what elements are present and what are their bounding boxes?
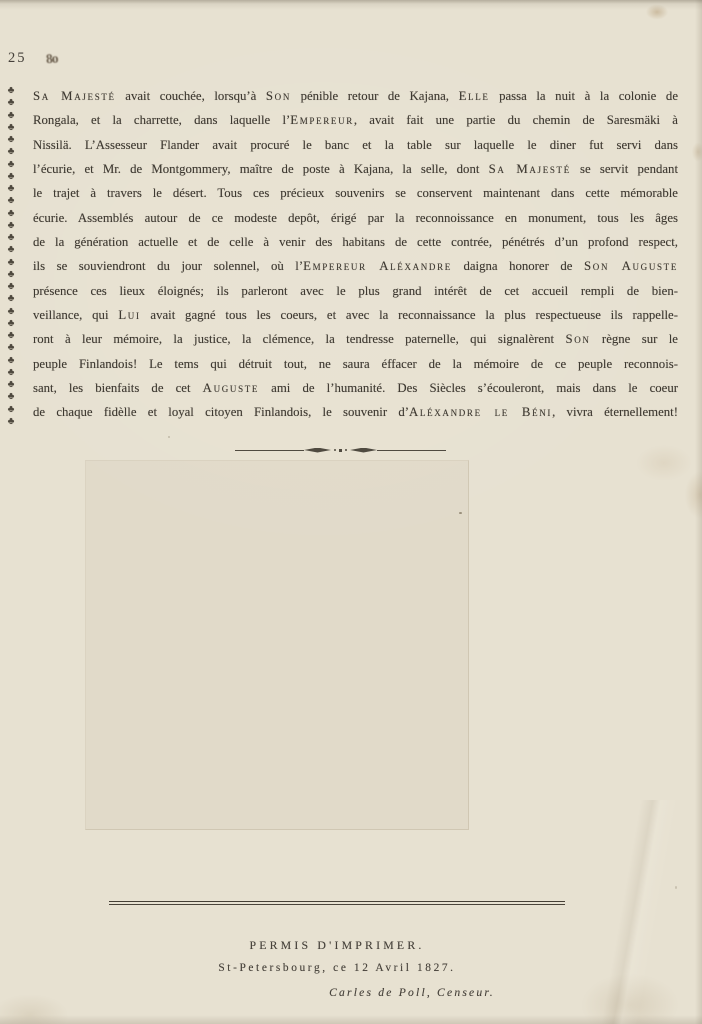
fleuron-icon: ♣: [8, 307, 15, 317]
text-line: ils se souviendront du jour solennel, où…: [33, 254, 678, 278]
ink-speck: [459, 512, 462, 514]
imprimatur-title: PERMIS D'IMPRIMER.: [109, 938, 565, 953]
text-line: ront à leur mémoire, la justice, la clém…: [33, 327, 678, 351]
section-divider: [235, 446, 446, 454]
fleuron-icon: ♣: [8, 172, 15, 182]
divider-rule-right: [377, 450, 446, 451]
fleuron-icon: ♣: [8, 86, 15, 96]
text-line: Rongala, et la charrette, dans laquelle …: [33, 108, 678, 132]
fleuron-icon: ♣: [8, 147, 15, 157]
fleuron-icon: ♣: [8, 294, 15, 304]
ink-speck: [675, 886, 677, 889]
text-line: de la génération actuelle et de celle à …: [33, 230, 678, 254]
fleuron-icon: ♣: [8, 123, 15, 133]
text-line: veillance, qui Lui avait gagné tous les …: [33, 303, 678, 327]
fleuron-icon: ♣: [8, 392, 15, 402]
text-line: présence ces lieux éloignés; ils parlero…: [33, 279, 678, 303]
scanned-book-page: 25 8o ♣♣♣♣♣♣♣♣♣♣♣♣♣♣♣♣♣♣♣♣♣♣♣♣♣♣♣♣ Sa Ma…: [0, 0, 702, 1024]
text-line: de chaque fidèlle et loyal citoyen Finla…: [33, 400, 678, 424]
fleuron-icon: ♣: [8, 196, 15, 206]
text-line: l’écurie, et Mr. de Montgommery, maître …: [33, 157, 678, 181]
page-number: 25: [8, 50, 27, 67]
divider-diamond-right-icon: [350, 448, 377, 453]
ink-speck: [168, 436, 170, 438]
handwritten-mark: 8o: [45, 51, 58, 68]
fleuron-icon: ♣: [8, 270, 15, 280]
footer-double-rule: [109, 901, 565, 905]
fleuron-icon: ♣: [8, 135, 15, 145]
text-line: écurie. Assemblés autour de ce modeste d…: [33, 206, 678, 230]
text-line: le trajet à travers le désert. Tous ces …: [33, 181, 678, 205]
fleuron-icon: ♣: [8, 160, 15, 170]
fleuron-icon: ♣: [8, 98, 15, 108]
fleuron-icon: ♣: [8, 368, 15, 378]
fleuron-icon: ♣: [8, 417, 15, 427]
fleuron-icon: ♣: [8, 233, 15, 243]
divider-dot-icon: [345, 449, 347, 451]
text-line: peuple Finlandois! Le tems qui détruit t…: [33, 352, 678, 376]
divider-rule-left: [235, 450, 304, 451]
fleuron-icon: ♣: [8, 331, 15, 341]
fleuron-icon: ♣: [8, 258, 15, 268]
fleuron-icon: ♣: [8, 343, 15, 353]
divider-square-icon: [339, 449, 342, 452]
fleuron-icon: ♣: [8, 245, 15, 255]
fleuron-icon: ♣: [8, 184, 15, 194]
fleuron-icon: ♣: [8, 356, 15, 366]
divider-diamond-left-icon: [304, 448, 331, 453]
text-line: sant, les bienfaits de cet Auguste ami d…: [33, 376, 678, 400]
fleuron-icon: ♣: [8, 319, 15, 329]
imprimatur-place-date: St-Petersbourg, ce 12 Avril 1827.: [109, 962, 565, 974]
text-line: Sa Majesté avait couchée, lorsqu’à Son p…: [33, 84, 678, 108]
text-line: Nissilä. L’Assesseur Flander avait procu…: [33, 133, 678, 157]
fleuron-icon: ♣: [8, 380, 15, 390]
fleuron-icon: ♣: [8, 282, 15, 292]
fleuron-icon: ♣: [8, 405, 15, 415]
fleuron-icon: ♣: [8, 221, 15, 231]
fleuron-icon: ♣: [8, 209, 15, 219]
divider-dot-icon: [334, 449, 336, 451]
imprimatur-censor-signature: Carles de Poll, Censeur.: [184, 986, 640, 999]
page-showthrough-rectangle: [85, 460, 469, 830]
paragraph: Sa Majesté avait couchée, lorsqu’à Son p…: [33, 84, 678, 425]
fleuron-icon: ♣: [8, 111, 15, 121]
ornament-column: ♣♣♣♣♣♣♣♣♣♣♣♣♣♣♣♣♣♣♣♣♣♣♣♣♣♣♣♣: [3, 86, 19, 427]
